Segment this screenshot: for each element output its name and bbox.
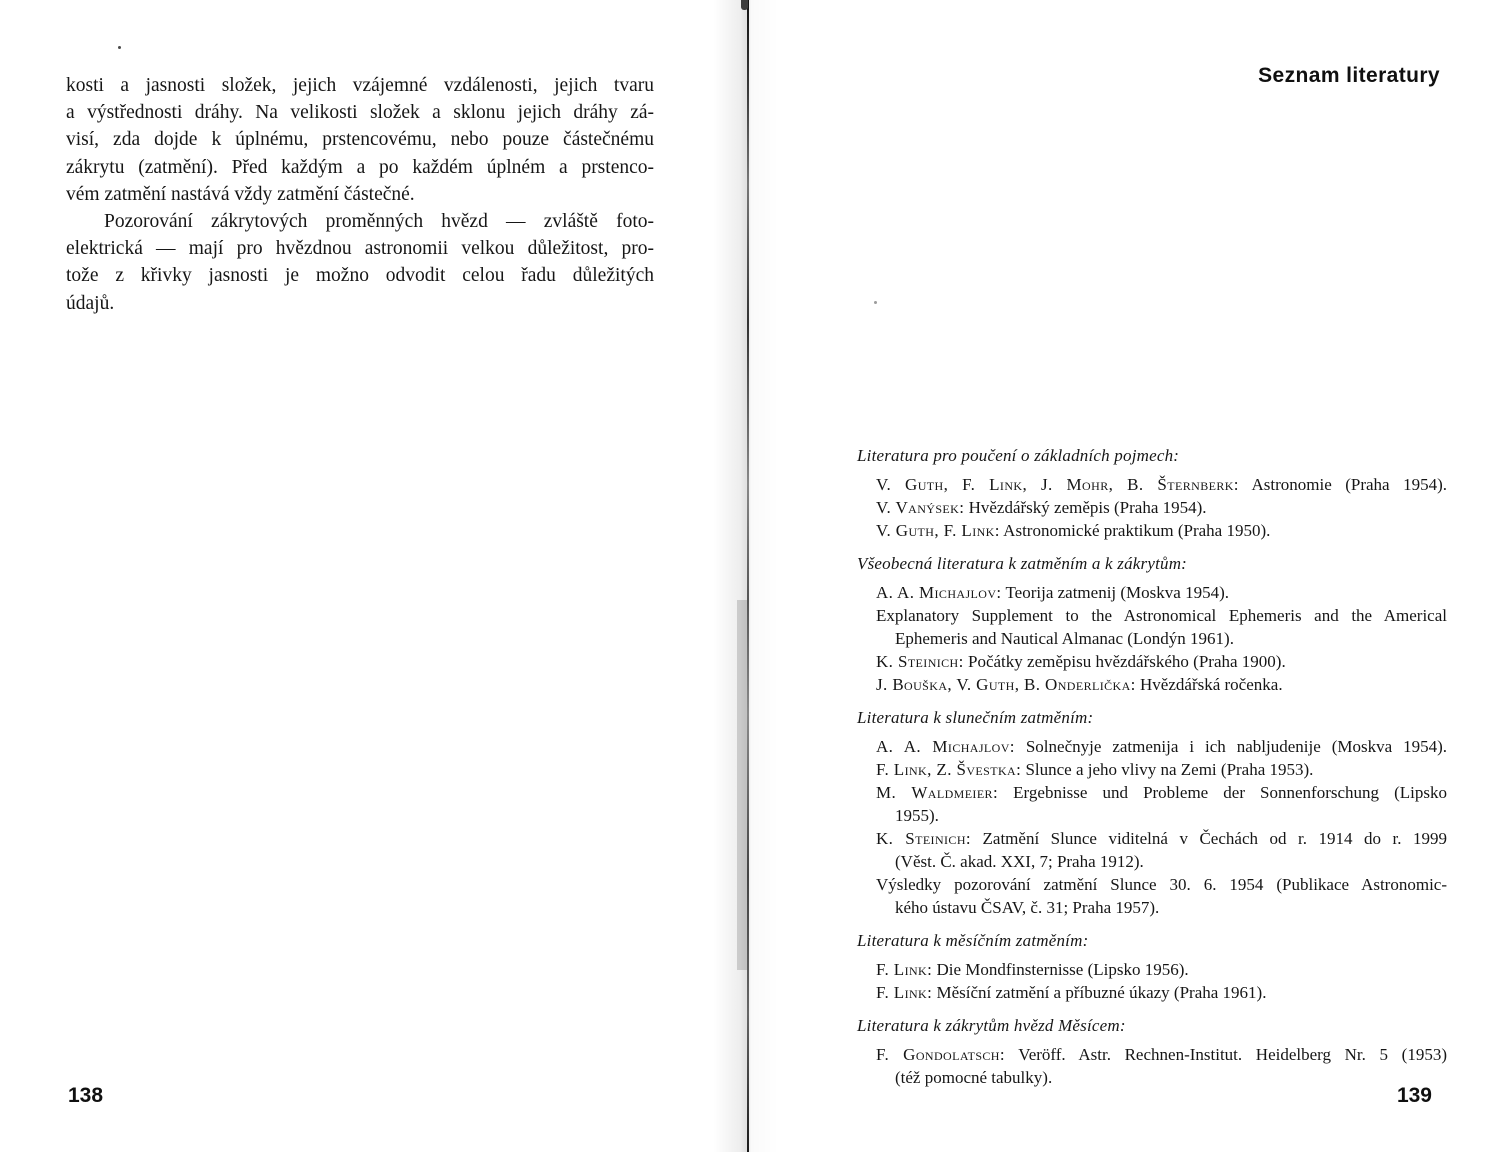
entry-text: Veröff. Astr. Rechnen-Institut. Heidelbe… (1005, 1045, 1447, 1064)
bibliography-entry: F. Link: Měsíční zatmění a příbuzné úkaz… (876, 981, 1447, 1004)
entry-text: Ergebnisse und Probleme der Sonnenforsch… (998, 783, 1447, 802)
entry-text: Zatmění Slunce viditelná v Čechách od r.… (971, 829, 1447, 848)
entry-continuation: (též pomocné tabulky). (876, 1066, 1447, 1089)
section-entries: V. Guth, F. Link, J. Mohr, B. Šternberk:… (857, 473, 1447, 542)
bibliography-list: Literatura pro poučení o základních pojm… (857, 444, 1447, 1089)
entry-line: Explanatory Supplement to the Astronomic… (876, 604, 1447, 627)
entry-text: Solnečnyje zatmenija i ich nabljudenije … (1015, 737, 1447, 756)
text-line: a výstřednosti dráhy. Na velikosti slože… (66, 99, 654, 126)
bibliography-section: Literatura k zákrytům hvězd Měsícem: F. … (857, 1014, 1447, 1089)
entry-authors: V. Guth, F. Link: (876, 521, 1000, 540)
section-entries: F. Gondolatsch: Veröff. Astr. Rechnen-In… (857, 1043, 1447, 1089)
entry-continuation: 1955). (876, 804, 1447, 827)
entry-line: A. A. Michajlov: Solnečnyje zatmenija i … (876, 735, 1447, 758)
entry-line: Výsledky pozorování zatmění Slunce 30. 6… (876, 873, 1447, 896)
entry-line: V. Guth, F. Link: Astronomické praktikum… (876, 519, 1447, 542)
text-line: kosti a jasnosti složek, jejich vzájemné… (66, 72, 654, 99)
entry-line: K. Steinich: Zatmění Slunce viditelná v … (876, 827, 1447, 850)
entry-authors: V. Vanýsek: (876, 498, 964, 517)
text-line: visí, zda dojde k úplnému, prstencovému,… (66, 126, 654, 153)
page-gutter-core (737, 600, 747, 970)
entry-text: Explanatory Supplement to the Astronomic… (876, 606, 1447, 625)
entry-authors: A. A. Michajlov: (876, 737, 1015, 756)
entry-text: Hvězdářský zeměpis (Praha 1954). (964, 498, 1206, 517)
text-line: údajů. (66, 290, 654, 317)
bibliography-section: Literatura k slunečním zatměním: A. A. M… (857, 706, 1447, 919)
bibliography-entry: V. Guth, F. Link, J. Mohr, B. Šternberk:… (876, 473, 1447, 496)
bibliography-entry: Výsledky pozorování zatmění Slunce 30. 6… (876, 873, 1447, 919)
entry-authors: F. Gondolatsch: (876, 1045, 1005, 1064)
bibliography-section: Všeobecná literatura k zatměním a k zákr… (857, 552, 1447, 696)
bibliography-entry: F. Link, Z. Švestka: Slunce a jeho vlivy… (876, 758, 1447, 781)
entry-authors: F. Link: (876, 983, 932, 1002)
section-entries: A. A. Michajlov: Teorija zatmenij (Moskv… (857, 581, 1447, 696)
text-line: zákrytu (zatmění). Před každým a po každ… (66, 154, 654, 181)
entry-text: Slunce a jeho vlivy na Zemi (Praha 1953)… (1021, 760, 1313, 779)
section-entries: A. A. Michajlov: Solnečnyje zatmenija i … (857, 735, 1447, 919)
scan-speck (118, 46, 121, 49)
entry-line: F. Gondolatsch: Veröff. Astr. Rechnen-In… (876, 1043, 1447, 1066)
bibliography-entry: K. Steinich: Zatmění Slunce viditelná v … (876, 827, 1447, 873)
bibliography-entry: J. Bouška, V. Guth, B. Onderlička: Hvězd… (876, 673, 1447, 696)
entry-authors: K. Steinich: (876, 829, 971, 848)
entry-text: Die Mondfinsternisse (Lipsko 1956). (932, 960, 1188, 979)
entry-line: F. Link: Měsíční zatmění a příbuzné úkaz… (876, 981, 1447, 1004)
bibliography-entry: F. Gondolatsch: Veröff. Astr. Rechnen-In… (876, 1043, 1447, 1089)
page-gutter-shadow (713, 0, 779, 1152)
entry-continuation: kého ústavu ČSAV, č. 31; Praha 1957). (876, 896, 1447, 919)
page-number-left: 138 (68, 1084, 103, 1108)
section-heading: Literatura k slunečním zatměním: (857, 706, 1447, 729)
entry-continuation: Ephemeris and Nautical Almanac (Londýn 1… (876, 627, 1447, 650)
entry-line: K. Steinich: Počátky zeměpisu hvězdářské… (876, 650, 1447, 673)
text-line: vém zatmění nastává vždy zatmění částečn… (66, 181, 654, 208)
page-header: Seznam literatury (1258, 64, 1440, 88)
entry-line: V. Vanýsek: Hvězdářský zeměpis (Praha 19… (876, 496, 1447, 519)
page-number-right: 139 (1397, 1084, 1432, 1108)
text-line: Pozorování zákrytových proměnných hvězd … (66, 208, 654, 235)
entry-text: Astronomie (Praha 1954). (1239, 475, 1447, 494)
entry-line: J. Bouška, V. Guth, B. Onderlička: Hvězd… (876, 673, 1447, 696)
entry-text: Počátky zeměpisu hvězdářského (Praha 190… (964, 652, 1286, 671)
bibliography-entry: A. A. Michajlov: Teorija zatmenij (Moskv… (876, 581, 1447, 604)
bibliography-entry: A. A. Michajlov: Solnečnyje zatmenija i … (876, 735, 1447, 758)
page-gutter-nub (741, 0, 748, 10)
bibliography-entry: V. Vanýsek: Hvězdářský zeměpis (Praha 19… (876, 496, 1447, 519)
entry-line: M. Waldmeier: Ergebnisse und Probleme de… (876, 781, 1447, 804)
entry-text: Astronomické praktikum (Praha 1950). (1000, 521, 1271, 540)
entry-authors: K. Steinich: (876, 652, 964, 671)
entry-line: V. Guth, F. Link, J. Mohr, B. Šternberk:… (876, 473, 1447, 496)
entry-text: Výsledky pozorování zatmění Slunce 30. 6… (876, 875, 1447, 894)
entry-authors: F. Link, Z. Švestka: (876, 760, 1021, 779)
section-heading: Literatura pro poučení o základních pojm… (857, 444, 1447, 467)
bibliography-entry: K. Steinich: Počátky zeměpisu hvězdářské… (876, 650, 1447, 673)
entry-authors: J. Bouška, V. Guth, B. Onderlička: (876, 675, 1136, 694)
left-page-text: kosti a jasnosti složek, jejich vzájemné… (66, 72, 654, 317)
entry-line: F. Link, Z. Švestka: Slunce a jeho vlivy… (876, 758, 1447, 781)
section-heading: Všeobecná literatura k zatměním a k zákr… (857, 552, 1447, 575)
entry-line: F. Link: Die Mondfinsternisse (Lipsko 19… (876, 958, 1447, 981)
entry-text: Teorija zatmenij (Moskva 1954). (1002, 583, 1229, 602)
entry-authors: M. Waldmeier: (876, 783, 998, 802)
bibliography-section: Literatura k měsíčním zatměním: F. Link:… (857, 929, 1447, 1004)
bibliography-section: Literatura pro poučení o základních pojm… (857, 444, 1447, 542)
bibliography-entry: M. Waldmeier: Ergebnisse und Probleme de… (876, 781, 1447, 827)
entry-authors: V. Guth, F. Link, J. Mohr, B. Šternberk: (876, 475, 1239, 494)
entry-text: Měsíční zatmění a příbuzné úkazy (Praha … (932, 983, 1266, 1002)
bibliography-entry: Explanatory Supplement to the Astronomic… (876, 604, 1447, 650)
entry-authors: F. Link: (876, 960, 932, 979)
entry-authors: A. A. Michajlov: (876, 583, 1002, 602)
section-heading: Literatura k zákrytům hvězd Měsícem: (857, 1014, 1447, 1037)
entry-continuation: (Věst. Č. akad. XXI, 7; Praha 1912). (876, 850, 1447, 873)
scan-speck (874, 301, 877, 304)
text-line: tože z křivky jasnosti je možno odvodit … (66, 262, 654, 289)
bibliography-entry: F. Link: Die Mondfinsternisse (Lipsko 19… (876, 958, 1447, 981)
section-entries: F. Link: Die Mondfinsternisse (Lipsko 19… (857, 958, 1447, 1004)
section-heading: Literatura k měsíčním zatměním: (857, 929, 1447, 952)
entry-text: Hvězdářská ročenka. (1136, 675, 1283, 694)
page-gutter-line (747, 0, 749, 1152)
text-line: elektrická — mají pro hvězdnou astronomi… (66, 235, 654, 262)
bibliography-entry: V. Guth, F. Link: Astronomické praktikum… (876, 519, 1447, 542)
entry-line: A. A. Michajlov: Teorija zatmenij (Moskv… (876, 581, 1447, 604)
